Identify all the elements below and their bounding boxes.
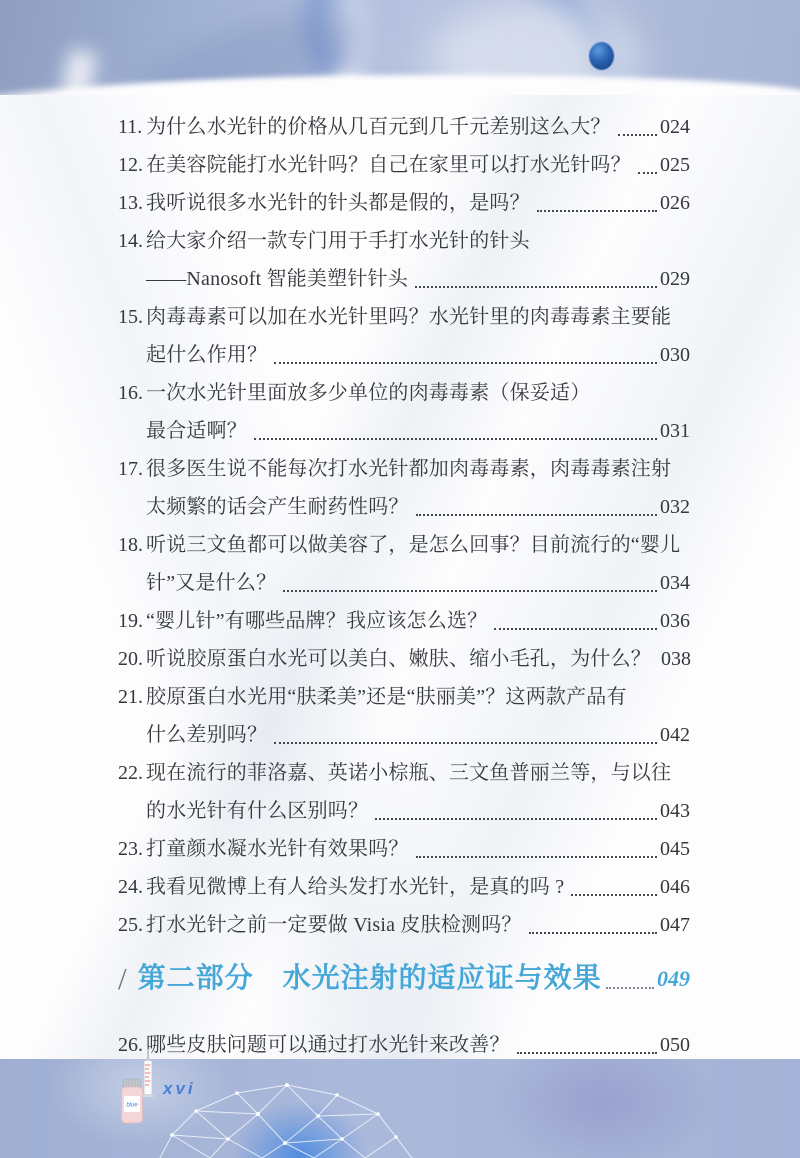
toc-item-number: 23. [118, 830, 146, 868]
dotted-leader [529, 932, 657, 934]
toc-item-text: ——Nanosoft 智能美塑针针头 [146, 260, 408, 298]
toc-item-text: 起什么作用？ [146, 336, 267, 374]
toc-item-number [118, 792, 146, 830]
toc-item-number [118, 336, 146, 374]
toc-item-number: 21. [118, 678, 146, 716]
toc-entry: 12. 在美容院能打水光针吗？自己在家里可以打水光针吗？ 025 [118, 146, 690, 184]
footer-decoration: blue xvi [0, 1059, 800, 1158]
toc-item-text: “婴儿针”有哪些品牌？我应该怎么选？ [146, 602, 487, 640]
toc-item-number: 13. [118, 184, 146, 222]
section-slash: / [118, 956, 127, 1002]
toc-page-number: 042 [660, 716, 690, 754]
toc-item-text: 最合适啊？ [146, 412, 247, 450]
toc-item-text: 听说胶原蛋白水光可以美白、嫩肤、缩小毛孔，为什么？ [146, 640, 651, 678]
toc-item-text: 很多医生说不能每次打水光针都加肉毒毒素，肉毒毒素注射 [146, 450, 671, 488]
toc-item-text: 的水光针有什么区别吗？ [146, 792, 368, 830]
toc-page-number: 032 [660, 488, 690, 526]
toc-page-number: 026 [660, 184, 690, 222]
toc-list: 11. 为什么水光针的价格从几百元到几千元差别这么大？ 024 12. 在美容院… [118, 108, 690, 944]
toc-item-text: 在美容院能打水光针吗？自己在家里可以打水光针吗？ [146, 146, 631, 184]
section-heading: / 第二部分 水光注射的适应证与效果 049 [118, 956, 690, 1002]
dotted-leader [274, 742, 657, 744]
toc-entry: 太频繁的话会产生耐药性吗？ 032 [118, 488, 690, 526]
toc-item-text: 我看见微博上有人给头发打水光针，是真的吗 ? [146, 868, 564, 906]
toc-item-number: 24. [118, 868, 146, 906]
dotted-leader [274, 362, 657, 364]
toc-item-number: 18. [118, 526, 146, 564]
toc-page-number: 046 [660, 868, 690, 906]
toc-entry: 18. 听说三文鱼都可以做美容了，是怎么回事？目前流行的“婴儿 [118, 526, 690, 564]
toc-page-number: 047 [660, 906, 690, 944]
dotted-leader [415, 286, 657, 288]
toc-item-number [118, 488, 146, 526]
toc-item-text: 现在流行的菲洛嘉、英诺小棕瓶、三文鱼普丽兰等，与以往 [146, 754, 671, 792]
toc-entry: 23. 打童颜水凝水光针有效果吗？ 045 [118, 830, 690, 868]
toc-item-text: 打童颜水凝水光针有效果吗？ [146, 830, 409, 868]
toc-page-number: 031 [660, 412, 690, 450]
dotted-leader [606, 987, 654, 989]
toc-entry: 19. “婴儿针”有哪些品牌？我应该怎么选？ 036 [118, 602, 690, 640]
toc-page-number: 030 [660, 336, 690, 374]
toc-entry: 起什么作用？ 030 [118, 336, 690, 374]
toc-entry: 22. 现在流行的菲洛嘉、英诺小棕瓶、三文鱼普丽兰等，与以往 [118, 754, 690, 792]
toc-item-text: 一次水光针里面放多少单位的肉毒毒素（保妥适） [146, 374, 590, 412]
dotted-leader [517, 1052, 657, 1054]
toc-item-number: 11. [118, 108, 146, 146]
dotted-leader [537, 210, 657, 212]
toc-entry: 11. 为什么水光针的价格从几百元到几千元差别这么大？ 024 [118, 108, 690, 146]
toc-page-number: 025 [660, 146, 690, 184]
toc-item-text: 针”又是什么？ [146, 564, 276, 602]
toc-entry: 20. 听说胶原蛋白水光可以美白、嫩肤、缩小毛孔，为什么？ 038 [118, 640, 690, 678]
header-decoration [0, 0, 800, 95]
section-page-number: 049 [657, 956, 690, 1002]
toc-list-after: 26. 哪些皮肤问题可以通过打水光针来改善？ 050 [118, 1026, 690, 1059]
toc-entry: 什么差别吗？ 042 [118, 716, 690, 754]
toc-page-number: 034 [660, 564, 690, 602]
toc-item-text: 为什么水光针的价格从几百元到几千元差别这么大？ [146, 108, 611, 146]
blue-sphere-decoration [589, 42, 614, 70]
vial-and-syringe-icon: blue [120, 1049, 164, 1127]
toc-item-number: 14. [118, 222, 146, 260]
toc-entry: 17. 很多医生说不能每次打水光针都加肉毒毒素，肉毒毒素注射 [118, 450, 690, 488]
toc-entry: 24. 我看见微博上有人给头发打水光针，是真的吗 ? 046 [118, 868, 690, 906]
toc-item-text: 听说三文鱼都可以做美容了，是怎么回事？目前流行的“婴儿 [146, 526, 680, 564]
toc-item-text: 打水光针之前一定要做 Visia 皮肤检测吗？ [146, 906, 522, 944]
toc-page-number: 036 [660, 602, 690, 640]
toc-item-number: 12. [118, 146, 146, 184]
folio-page-number: xvi [163, 1079, 196, 1099]
toc-entry: 14. 给大家介绍一款专门用于手打水光针的针头 [118, 222, 690, 260]
dotted-leader [416, 514, 657, 516]
toc-entry: 25. 打水光针之前一定要做 Visia 皮肤检测吗？ 047 [118, 906, 690, 944]
dotted-leader [571, 894, 657, 896]
vial-icon: blue [122, 1079, 143, 1123]
toc-item-text: 太频繁的话会产生耐药性吗？ [146, 488, 409, 526]
toc-item-text: 哪些皮肤问题可以通过打水光针来改善？ [146, 1026, 510, 1059]
toc-entry: 的水光针有什么区别吗？ 043 [118, 792, 690, 830]
toc-entry: 最合适啊？ 031 [118, 412, 690, 450]
toc-item-text: 什么差别吗？ [146, 716, 267, 754]
toc-item-number [118, 412, 146, 450]
toc-page-number: 050 [660, 1026, 690, 1059]
vial-label: blue [126, 1103, 138, 1109]
toc-page-number: 029 [660, 260, 690, 298]
toc-item-number [118, 564, 146, 602]
toc-entry: 13. 我听说很多水光针的针头都是假的，是吗？ 026 [118, 184, 690, 222]
book-toc-page: 11. 为什么水光针的价格从几百元到几千元差别这么大？ 024 12. 在美容院… [0, 0, 800, 1158]
toc-page-number: 024 [660, 108, 690, 146]
toc-item-number: 25. [118, 906, 146, 944]
toc-item-number: 22. [118, 754, 146, 792]
toc-item-number: 15. [118, 298, 146, 336]
toc-entry: 26. 哪些皮肤问题可以通过打水光针来改善？ 050 [118, 1026, 690, 1059]
dotted-leader [618, 134, 657, 136]
toc-item-number: 17. [118, 450, 146, 488]
toc-page-number: 045 [660, 830, 690, 868]
toc-entry: 21. 胶原蛋白水光用“肤柔美”还是“肤丽美”？这两款产品有 [118, 678, 690, 716]
dotted-leader [416, 856, 657, 858]
toc-page-number: 038 [661, 640, 691, 678]
dotted-leader [494, 628, 657, 630]
toc-entry: 15. 肉毒毒素可以加在水光针里吗？水光针里的肉毒毒素主要能 [118, 298, 690, 336]
toc-entry: 针”又是什么？ 034 [118, 564, 690, 602]
section-title: 第二部分 水光注射的适应证与效果 [138, 956, 602, 1002]
toc-item-text: 我听说很多水光针的针头都是假的，是吗？ [146, 184, 530, 222]
toc-item-number: 16. [118, 374, 146, 412]
toc-item-text: 肉毒毒素可以加在水光针里吗？水光针里的肉毒毒素主要能 [146, 298, 671, 336]
dotted-leader [375, 818, 657, 820]
toc-item-text: 胶原蛋白水光用“肤柔美”还是“肤丽美”？这两款产品有 [146, 678, 627, 716]
toc-item-text: 给大家介绍一款专门用于手打水光针的针头 [146, 222, 530, 260]
toc-page-number: 043 [660, 792, 690, 830]
toc-entry: 16. 一次水光针里面放多少单位的肉毒毒素（保妥适） [118, 374, 690, 412]
toc-item-number: 19. [118, 602, 146, 640]
dotted-leader [254, 438, 657, 440]
syringe-icon [143, 1049, 154, 1097]
dotted-leader [638, 172, 657, 174]
toc-item-number [118, 260, 146, 298]
dotted-leader [283, 590, 657, 592]
toc-item-number: 20. [118, 640, 146, 678]
toc-content: 11. 为什么水光针的价格从几百元到几千元差别这么大？ 024 12. 在美容院… [0, 95, 800, 1059]
toc-entry: ——Nanosoft 智能美塑针针头 029 [118, 260, 690, 298]
toc-item-number [118, 716, 146, 754]
